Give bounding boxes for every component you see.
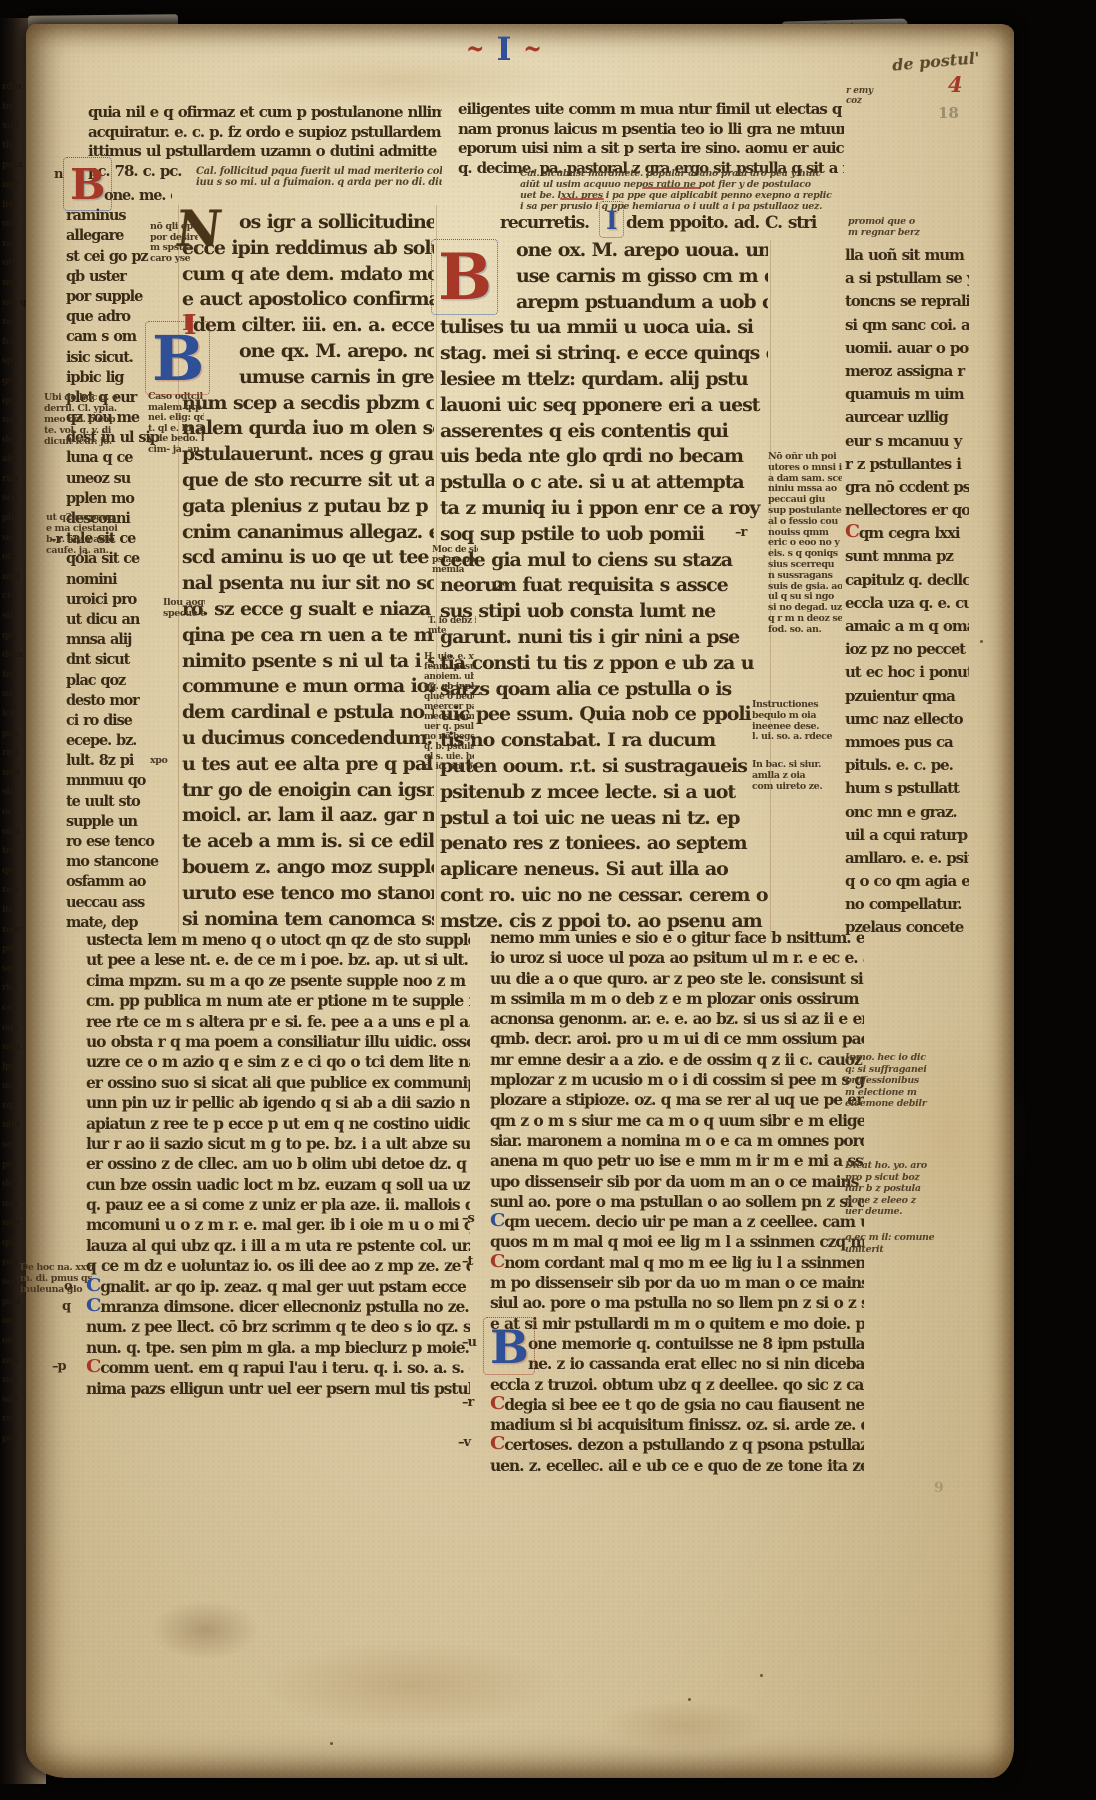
- text-line: In bac. si siur.: [752, 760, 840, 771]
- text-line: ut pee a lese nt. e. de ce m i poe. bz. …: [86, 950, 470, 970]
- pilcrow-initial: C: [490, 1212, 504, 1232]
- text-line: mnsa alij: [66, 630, 172, 650]
- text-line: suis de gsia. ao: [768, 582, 842, 593]
- text-line: eric o eoo no y: [768, 538, 842, 549]
- text-line: peccaui giu: [768, 495, 842, 506]
- text-line: Cal. follicitud pqua fuerit ul mad merit…: [196, 166, 442, 177]
- text-line: lauza al qui ubz qz. i ill a m uta re ps…: [86, 1236, 470, 1256]
- text-line: cim- ja. an.: [148, 445, 204, 456]
- tie-r2: –r: [462, 1396, 473, 1409]
- text-line: plozare a stipioze. oz. q ma se rer al u…: [490, 1090, 864, 1110]
- text-line: anena m quo petr uo ise e mm m ir m e mi…: [490, 1151, 864, 1171]
- text-line: tulises tu ua mmii u uoca uia. si: [440, 315, 768, 341]
- text-line: toncns se repralit: [845, 290, 969, 313]
- text-line: que de sto recurre sit ut alle: [182, 468, 434, 494]
- text-line: uniterit: [845, 1244, 957, 1256]
- text-line: apiatun z ree te p ecce p ut em q ne cos…: [86, 1114, 470, 1134]
- folio-number-pencil: 18: [938, 104, 959, 122]
- text-line: Inmo. hec io dic: [845, 1052, 961, 1064]
- text-line: siul ao. pore o ma pstulla no so llem pn…: [490, 1293, 864, 1313]
- text-line: qb uster: [66, 267, 172, 287]
- text-line: tia consti tu tis z ppon e ub za u: [440, 651, 768, 677]
- text-line: bouem z. ango moz supple te: [182, 855, 434, 881]
- text-line: Cnom cordant mal q mo m ee lig iu l a ss…: [490, 1253, 864, 1273]
- pilcrow-initial: C: [86, 1297, 100, 1317]
- text-line: uis beda nte glo qrdi no becam: [440, 444, 768, 470]
- text-line: unn pin uz ir pellic ab igendo q si ab a…: [86, 1093, 470, 1113]
- text-line: ul q su si ngo: [768, 592, 842, 603]
- text-line: cnim cananimus allegaz. eo: [182, 520, 434, 546]
- text-line: eur s mcanuu y: [845, 430, 969, 453]
- text-line: pstulauerunt. nces g graudit: [182, 442, 434, 468]
- text-line: eporum uisi nim a sit p serta ire sino. …: [458, 139, 844, 159]
- tie-v: –v: [458, 1436, 470, 1449]
- initial-letter: B: [438, 246, 492, 310]
- main-column-1: os igr a sollicitudine camecce ipin redd…: [182, 210, 434, 932]
- text-line: io uroz si uoce ul poza ao psitum ul m r…: [490, 948, 864, 968]
- quire-mark: 4: [948, 72, 963, 97]
- text-line: ut dicu an: [66, 610, 172, 630]
- text-line: lesiee m ttelz: qurdam. alij pstu: [440, 367, 768, 393]
- tie-q: q: [62, 1300, 70, 1313]
- text-line: num scep a secdis pbzm cardo: [182, 391, 434, 417]
- text-line: te aceb a mm is. si ce edil e. si: [182, 829, 434, 855]
- tie-t: –t: [462, 1255, 473, 1268]
- text-line: niniu mssa ao: [768, 484, 842, 495]
- text-line: pro p sicut boz: [845, 1172, 947, 1184]
- text-line: Cal. sicubust mardmete. popular acano pr…: [520, 168, 832, 179]
- text-line: stag. mei si strinq. e ecce quinqs ecc: [440, 341, 768, 367]
- note-top-right-margin: promoi que om regnar berz: [848, 216, 962, 238]
- text-line: acnonsa genonm. ar. e. e. ao bz. si us s…: [490, 1009, 864, 1029]
- note-right-edge-tiny: r emycoz: [846, 86, 898, 106]
- note-far-left-a: Ubi de hoc q. ederril. Cl. ypia.meo col.…: [44, 392, 132, 447]
- text-line: ree rte ce m s altera pr e si. fe. pee a…: [86, 1012, 470, 1032]
- text-line: eleemone debilr: [845, 1098, 961, 1110]
- text-line: num. z pee llect. cō brz scrimm q te deo…: [86, 1317, 470, 1337]
- speck: [688, 1698, 691, 1701]
- text-line: malem qtp: [148, 403, 204, 414]
- text-line: ustecta lem m meno q o utoct qn qz de st…: [86, 930, 470, 950]
- tie-p: –p: [52, 1360, 66, 1373]
- text-line: derril. Cl. ypia.: [44, 403, 132, 414]
- text-line: eis. s q qoniqs: [768, 549, 842, 560]
- text-line: q ec m il: comune: [845, 1232, 957, 1244]
- text-line: madium si bi acquisitum finissz. oz. si.…: [490, 1415, 864, 1435]
- text-line: Cmranza dimsone. dicer ellecnoniz pstull…: [86, 1297, 470, 1317]
- text-line: nalem qurda iuo m olen sepz: [182, 416, 434, 442]
- text-line: r z pstullantes i: [845, 453, 969, 476]
- text-line: plac qoz: [66, 671, 172, 691]
- text-line: quia nil e q ofirmaz et cum p postulanon…: [88, 103, 442, 123]
- text-line: uil a cqui raturp: [845, 824, 969, 847]
- text-line: q r m n deoz se: [768, 614, 842, 625]
- lower-left-commentary: ustecta lem m meno q o utoct qn qz de st…: [86, 930, 470, 1399]
- text-line: uomii. auar o pot: [845, 337, 969, 360]
- text-line: uone z eleeo z: [845, 1195, 947, 1207]
- text-line: quamuis m uim: [845, 383, 969, 406]
- text-line: acquiratur. e. c. p. fz ordo e supioz ps…: [88, 123, 442, 143]
- pilcrow-initial: C: [86, 1277, 100, 1297]
- text-line: tnr go de enoigin can igsm: [182, 778, 434, 804]
- text-line: Cdegia si bee ee t qo de gsia no cau fia…: [490, 1395, 864, 1415]
- text-line: uic pee ssum. Quia nob ce ppoli: [440, 702, 768, 728]
- text-line: one memorie q. contuilsse ne 8 ipm pstul…: [490, 1334, 864, 1354]
- text-line: mnmuu qo: [66, 771, 172, 791]
- text-line: desto mor: [66, 691, 172, 711]
- text-line: Ccomm uent. em q rapui l'au i teru. q. i…: [86, 1358, 470, 1378]
- manuscript-photo: rdmtulxudtbzpammq:itmuuiraruttmr:mu qnel…: [0, 0, 1096, 1800]
- text-line: nellectores er qo: [845, 499, 969, 522]
- text-line: professionibus: [845, 1075, 961, 1087]
- text-line: eccla z truzoi. obtum ubz q z deellee. q…: [490, 1375, 864, 1395]
- text-line: nun. q. tpe. sen pim m gla. a mp bieclur…: [86, 1338, 470, 1358]
- text-line: m regnar berz: [848, 227, 962, 238]
- text-line: xpo: [150, 756, 182, 767]
- text-line: specue electo: [163, 609, 205, 620]
- text-line: cm. pp publica m num ate er ptione m te …: [86, 991, 470, 1011]
- text-line: dem ppoito. ad. C. stri: [626, 212, 840, 234]
- text-line: one qx. M. arepo. nouam: [182, 339, 434, 365]
- initial-letter: N: [173, 204, 225, 254]
- text-line: a dam sam. sce: [768, 474, 842, 485]
- note-bottom-right-a: Inmo. hec io dicq: si suffraganeiprofess…: [845, 1052, 961, 1110]
- text-line: onc mn e graz.: [845, 801, 969, 824]
- text-line: sius scerrequ: [768, 560, 842, 571]
- text-line: soq sup pstile to uob pomii: [440, 522, 768, 548]
- speck: [980, 640, 983, 643]
- text-line: upo dissenseir sib por da uom m an o ce …: [490, 1172, 864, 1192]
- text-line: utores o mnsi i: [768, 463, 842, 474]
- tiny-note-top-col1: Cal. follicitud pqua fuerit ul mad merit…: [196, 166, 442, 188]
- text-line: m po dissenseir sib por da uo m man o ce…: [490, 1273, 864, 1293]
- text-line: psitenub z mcee lecte. si a uot: [440, 780, 768, 806]
- text-line: m ssimila m m o deb z e m plozar onis os…: [490, 989, 864, 1009]
- text-line: Idem cilter. iii. en. a. ecce.: [182, 313, 434, 339]
- text-line: lur r ao ii sazio sicut m g to pe. bz. i…: [86, 1134, 470, 1154]
- text-line: neorum fuat requisita s assce: [440, 573, 768, 599]
- text-line: mcomuni u o z m r. e. mal ger. ib i oie …: [86, 1215, 470, 1235]
- pilcrow-initial: C: [490, 1435, 504, 1455]
- text-line: fod. so. an.: [768, 625, 842, 636]
- text-line: dem cardinal e pstula no mi uc: [182, 700, 434, 726]
- text-line: u tes aut ee alta pre q pal s cep: [182, 752, 434, 778]
- text-line: garunt. nuni tis i gir nini a pse: [440, 625, 768, 651]
- text-line: sunl ao. pore o ma pstullan o ao sollem …: [490, 1192, 864, 1212]
- text-line: amaic a m q oma: [845, 615, 969, 638]
- red-underline-1: [642, 187, 700, 189]
- red-flourish-left: ~: [466, 32, 484, 66]
- line-recurretis-b: dem ppoito. ad. C. stri: [626, 212, 840, 234]
- text-line: r emy: [846, 86, 898, 96]
- running-title: ~ I ~: [466, 30, 542, 68]
- text-line: lla uoñ sit mum: [845, 244, 969, 267]
- text-line: pstul a toi uic ne ueas ni tz. ep: [440, 806, 768, 832]
- text-line: mo stancone: [66, 852, 172, 872]
- running-numeral: I: [496, 30, 511, 68]
- text-line: uroici pro: [66, 590, 172, 610]
- text-line: pplen mo: [66, 489, 172, 509]
- text-line: pzuientur qma: [845, 685, 969, 708]
- text-line: cima mpzm. su m a qo ze psente supple no…: [86, 971, 470, 991]
- text-line: luir b z postula: [845, 1183, 947, 1195]
- tie-n: n: [54, 168, 62, 181]
- text-line: umuse carnis in gressu qrda: [182, 365, 434, 391]
- initial-letter: B: [490, 1324, 529, 1370]
- text-line: nam pronus laicus m psentia teo io lli g…: [458, 120, 844, 140]
- note-bottom-right-b: Dicat ho. yo. aropro p sicut bozluir b z…: [845, 1160, 947, 1218]
- text-line: capitulz q. decllc.: [845, 569, 969, 592]
- text-line: m electione m: [845, 1087, 961, 1099]
- text-line: cont ro. uic no ne cessar. cerem o: [440, 883, 768, 909]
- text-line: meroz assigna r: [845, 360, 969, 383]
- text-line: gra nō ccdent pse: [845, 476, 969, 499]
- text-line: l. ui. so. a. rdece: [752, 732, 840, 743]
- text-line: com uireto ze.: [752, 782, 840, 793]
- initial-letter: B: [70, 164, 106, 206]
- text-line: nomini: [66, 570, 172, 590]
- text-line: Cqm uecem. decio uir pe man a z ceellee.…: [490, 1212, 864, 1232]
- text-line: uzre ce o m azio q e sim z e ci qo o tci…: [86, 1052, 470, 1072]
- text-line: a si pstullam se y: [845, 267, 969, 290]
- ruling-line: [178, 205, 179, 933]
- text-line: ro. sz ecce g sualt e niaza pape: [182, 597, 434, 623]
- pilcrow-initial: C: [845, 522, 859, 545]
- speck: [760, 1674, 763, 1677]
- red-underline-2: [560, 198, 604, 200]
- text-line: cun bze ossin uadic loct m bz. euzam q s…: [86, 1175, 470, 1195]
- tie-u: –u: [462, 1336, 476, 1349]
- text-line: Ccertoses. dezon a pstullando z q psona …: [490, 1435, 864, 1455]
- text-line: ineenee dese.: [752, 722, 840, 733]
- text-line: tis no constabat. I ra ducum: [440, 728, 768, 754]
- text-line: qmb. decr. aroi. pro u m ui di ce mm oss…: [490, 1029, 864, 1049]
- red-flourish-right: ~: [523, 32, 541, 66]
- text-line: uo obsta r q ma poem a consiliatur illu …: [86, 1032, 470, 1052]
- note-left-col1-c: Ilou aoquespecue electo: [163, 598, 205, 619]
- note-right-col2-b: Instructionesbequlo m oiaineenee dese.l.…: [752, 700, 840, 743]
- text-line: cum q ate dem. mdato mo fez: [182, 262, 434, 288]
- note-bottom-right-c: q ec m il: comuneuniterit: [845, 1232, 957, 1255]
- text-line: penato res z toniees. ao septem: [440, 831, 768, 857]
- text-line: aplicare neneus. Si aut illa ao: [440, 857, 768, 883]
- cadel-initial-n: N: [173, 204, 225, 254]
- text-line: nouiss qmm: [768, 528, 842, 539]
- text-line: sunt mnma pz: [845, 545, 969, 568]
- text-line: ro ese tenco: [66, 832, 172, 852]
- text-line: osfamm ao: [66, 872, 172, 892]
- text-line: por supple: [66, 287, 172, 307]
- text-line: recurretis.: [500, 212, 604, 234]
- tie-r-rightcol: –r: [735, 526, 746, 539]
- text-line: Cgnalit. ar qo ip. zeaz. q mal ger uut p…: [86, 1277, 470, 1297]
- gloss-top-right: eiligentes uite comm m mua ntur fimil ut…: [458, 100, 844, 178]
- text-line: mr emne desir a a zio. e de ossim q z ii…: [490, 1050, 864, 1070]
- text-line: ut q2 scrpaug: [46, 512, 134, 523]
- tie-r-gloss: –r: [50, 533, 61, 546]
- text-line: nei. elig: qd: [148, 413, 204, 424]
- tiny-2a-mark: 2ᵃ: [494, 580, 507, 593]
- text-line: scd aminu is uo qe ut tee ardi: [182, 545, 434, 571]
- initial-b-lower: B: [490, 1324, 529, 1370]
- text-line: si qm sanc coi. ai.: [845, 314, 969, 337]
- text-line: quos m m mal q moi ee lig m l a ssinmen …: [490, 1232, 864, 1252]
- tiny-note-top-right: Cal. sicubust mardmete. popular acano pr…: [520, 168, 832, 212]
- text-line: si nomina tem canomca ssi: [182, 907, 434, 933]
- text-line: ta z muniq iu i ppon enr ce a roy: [440, 496, 768, 522]
- text-line: supple un: [66, 812, 172, 832]
- initial-b-col2: B: [438, 246, 492, 310]
- text-line: ci ro dise: [66, 711, 172, 731]
- text-line: Nō oñr uh poi: [768, 452, 842, 463]
- initial-b-gloss: B: [70, 164, 106, 206]
- text-line: ut ec hoc i ponut: [845, 661, 969, 684]
- text-line: commune e mun orma ioze mp: [182, 674, 434, 700]
- initial-i-blue: I: [606, 208, 618, 233]
- initial-b-col1: B: [152, 328, 204, 390]
- note-right-col2-a: Nō oñr uh poiutores o mnsi ia dam sam. s…: [768, 452, 842, 636]
- text-line: nemo mm unies e sio e o gitur face b nsi…: [490, 928, 864, 948]
- text-line: q ce m dz e uoluntaz io. os ili dee ao z…: [86, 1256, 470, 1276]
- text-line: moicl. ar. lam il aaz. gar misil: [182, 803, 434, 829]
- text-line: Cqm cegra lxxi: [845, 522, 969, 545]
- text-line: puten ooum. r.t. si sustragaueis: [440, 754, 768, 780]
- text-line: Ilou aoque: [163, 598, 205, 609]
- text-line: umc naz ellecto: [845, 708, 969, 731]
- text-line: n sussragans: [768, 571, 842, 582]
- main-column-2: one ox. M. arepo uoua. umuse carnis m gi…: [440, 238, 768, 935]
- text-line: cede gia mul to ciens su staza: [440, 548, 768, 574]
- text-line: iuu s so mi. ul a fuimaion. q arda per n…: [196, 177, 442, 188]
- text-line: ioz pz no peccet: [845, 638, 969, 661]
- text-line: mmoes pus ca: [845, 731, 969, 754]
- text-line: nal psenta nu iur sit no solrz: [182, 571, 434, 597]
- initial-letter: B: [152, 328, 204, 390]
- text-line: er ossino suo si sicat ali que publice e…: [86, 1073, 470, 1093]
- text-line: amllaro. e. e. psit.: [845, 847, 969, 870]
- text-line: e auct apostolico confirmam: [182, 287, 434, 313]
- text-line: asserentes q eis contentis qui: [440, 419, 768, 445]
- text-line: meo col. p cop: [44, 414, 132, 425]
- text-line: nima pazs elligun untr uel eer psern mul…: [86, 1379, 470, 1399]
- text-line: te uult sto: [66, 792, 172, 812]
- text-line: dnt sicut: [66, 650, 172, 670]
- pilcrow-initial: C: [86, 1358, 100, 1378]
- right-commentary-column: lla uoñ sit muma si pstullam se ytoncns …: [845, 244, 969, 940]
- text-line: coz: [846, 96, 898, 106]
- gloss-left-column: one. me. cōraminusallegarest cei go pzqb…: [66, 186, 172, 933]
- note-right-col2-c: In bac. si siur.amlla z oiacom uireto ze…: [752, 760, 840, 792]
- speck: [330, 1742, 333, 1745]
- line-recurretis-a: recurretis.: [500, 212, 604, 234]
- pilcrow-initial: C: [490, 1395, 504, 1415]
- text-line: Dicat ho. yo. aro: [845, 1160, 947, 1172]
- text-line: ecepe. bz.: [66, 731, 172, 751]
- text-line: promoi que o: [848, 216, 962, 227]
- text-line: eccla uza q. e. cum: [845, 592, 969, 615]
- text-line: Ubi de hoc q. e: [44, 392, 132, 403]
- text-line: sus stipi uob consta lumt ne: [440, 599, 768, 625]
- text-line: si no degad. uz: [768, 603, 842, 614]
- text-line: uen. z. ecellec. ail e ub ce e quo de ze…: [490, 1456, 864, 1476]
- note-left-col1-d: xpo: [150, 756, 182, 767]
- text-line: pstulla o c ate. si u at attempta: [440, 470, 768, 496]
- text-line: q: si suffraganei: [845, 1064, 961, 1076]
- text-line: siar. maronem a nomina m o e ca m omnes …: [490, 1131, 864, 1151]
- text-line: sup postulante: [768, 506, 842, 517]
- text-line: i sa per prusio i q ppe hemiarua o i uul…: [520, 201, 832, 212]
- text-line: al o fessio cou: [768, 517, 842, 528]
- note-left-col1-b: Caso odtcilmalem qtpnei. elig: qdt. ql e…: [148, 392, 204, 455]
- bottom-quire-signature: 9: [934, 1480, 944, 1496]
- text-line: u ducimus concedendum. at: [182, 726, 434, 752]
- text-line: amlla z oia: [752, 771, 840, 782]
- text-line: no compellatur.: [845, 893, 969, 916]
- text-line: sarzs qoam alia ce pstulla o is: [440, 677, 768, 703]
- text-line: aurcear uzllig: [845, 406, 969, 429]
- text-line: ittimus ul pstullardem uzamn o dutini ad…: [88, 142, 442, 162]
- text-line: dicuit icur. jo.: [44, 436, 132, 447]
- tie-s: –s: [462, 1212, 474, 1225]
- text-line: te. vol. q. v. di: [44, 425, 132, 436]
- text-line: ne. z io cassanda erat ellec no si nin d…: [490, 1354, 864, 1374]
- text-line: t. ql e. lb. a. b.: [148, 424, 204, 435]
- lower-right-commentary: nemo mm unies e sio e o gitur face b nsi…: [490, 928, 864, 1476]
- text-line: qm z o m s siur me ca m o q uum sibr e m…: [490, 1111, 864, 1131]
- text-line: uu die a o que quro. ar z peo ste le. co…: [490, 969, 864, 989]
- text-line: er ossino z de cllec. am uo b olim ubi d…: [86, 1154, 470, 1174]
- text-line: y de bedo. Rn: [148, 434, 204, 445]
- text-line: ueccau ass: [66, 893, 172, 913]
- text-line: e at si mir pstullardi m m o quitem e mo…: [490, 1314, 864, 1334]
- text-line: lauoni uic seq pponere eri a uest: [440, 393, 768, 419]
- text-line: hum s pstullatt: [845, 777, 969, 800]
- text-line: uer deume.: [845, 1206, 947, 1218]
- text-line: q o co qm agia e: [845, 870, 969, 893]
- text-line: gata plenius z putau bz p: [182, 494, 434, 520]
- tie-o: o: [64, 1280, 72, 1293]
- text-line: eiligentes uite comm m mua ntur fimil ut…: [458, 100, 844, 120]
- initial-letter: I: [606, 208, 618, 233]
- text-line: Instructiones: [752, 700, 840, 711]
- text-line: qina pe cea rn uen a te mi no: [182, 623, 434, 649]
- text-line: uruto ese tenco mo stanone: [182, 881, 434, 907]
- text-line: mplozar z m ucusio m o i di cossim si pe…: [490, 1070, 864, 1090]
- text-line: nimito psente s ni ul ta i spaii: [182, 649, 434, 675]
- text-line: uneoz su: [66, 469, 172, 489]
- text-line: bequlo m oia: [752, 711, 840, 722]
- pilcrow-initial: C: [490, 1253, 504, 1273]
- text-line: pituls. e. c. pe.: [845, 754, 969, 777]
- text-line: q. pauz ee a si come z uniz er pla aze. …: [86, 1195, 470, 1215]
